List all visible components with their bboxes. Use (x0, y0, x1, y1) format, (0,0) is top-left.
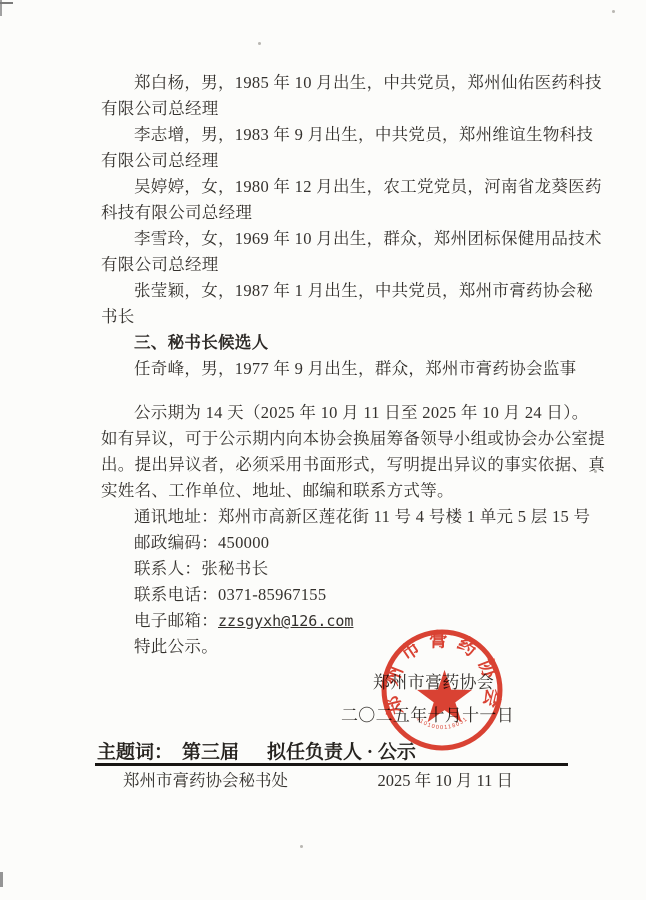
notice-line: 出。提出异议者，必须采用书面形式，写明提出异议的事实依据、真 (101, 452, 569, 478)
section-item: 任奇峰，男，1977 年 9 月出生，群众，郑州市膏药协会监事 (101, 356, 569, 382)
subject-keywords-row: 主题词：第三届拟任负责人 · 公示 (97, 737, 416, 764)
spacer (101, 382, 569, 400)
seal-registration-code: 4101000118031 (415, 716, 470, 731)
candidate-line: 有限公司总经理 (101, 252, 569, 278)
document-body: 郑白杨，男，1985 年 10 月出生，中共党员，郑州仙佑医药科技 有限公司总经… (101, 70, 569, 660)
notice-line: 公示期为 14 天（2025 年 10 月 11 日至 2025 年 10 月 … (101, 400, 569, 426)
scan-artifact (0, 0, 2, 16)
section-heading: 三、秘书长候选人 (101, 330, 569, 356)
contact-phone: 联系电话：0371-85967155 (101, 582, 569, 608)
notice-line: 实姓名、工作单位、地址、邮编和联系方式等。 (101, 478, 569, 504)
candidate-line: 张莹颖，女，1987 年 1 月出生，中共党员，郑州市膏药协会秘 (101, 278, 569, 304)
issue-date: 2025 年 10 月 11 日 (377, 769, 513, 793)
candidate-line: 书长 (101, 304, 569, 330)
footer-divider (95, 763, 568, 766)
scan-artifact (300, 845, 303, 848)
contact-postcode: 邮政编码：450000 (101, 530, 569, 556)
contact-address: 通讯地址：郑州市高新区莲花街 11 号 4 号楼 1 单元 5 层 15 号 (101, 504, 569, 530)
candidate-line: 有限公司总经理 (101, 148, 569, 174)
candidate-line: 有限公司总经理 (101, 96, 569, 122)
scan-artifact (0, 872, 3, 887)
candidate-line: 李雪玲，女，1969 年 10 月出生，群众，郑州团标保健用品技术 (101, 226, 569, 252)
issuer-name: 郑州市膏药协会秘书处 (123, 769, 288, 793)
official-seal: 郑州市膏药协会 4101000118031 (379, 627, 505, 753)
email-address: zzsgyxh@126.com (218, 612, 353, 630)
scan-artifact (258, 42, 261, 45)
seal-star-icon (417, 670, 472, 722)
keyword-session: 第三届 (182, 742, 239, 763)
email-label: 电子邮箱： (134, 611, 218, 630)
notice-line: 如有异议，可于公示期内向本协会换届筹备领导小组或协会办公室提 (101, 426, 569, 452)
keywords-label: 主题词： (97, 742, 173, 763)
footer-issuer-row: 郑州市膏药协会秘书处 2025 年 10 月 11 日 (95, 769, 568, 793)
scan-artifact (612, 10, 615, 13)
candidate-line: 李志增，男，1983 年 9 月出生，中共党员，郑州维谊生物科技 (101, 122, 569, 148)
candidate-line: 科技有限公司总经理 (101, 200, 569, 226)
keyword-subject: 拟任负责人 · 公示 (267, 742, 416, 763)
candidate-line: 吴婷婷，女，1980 年 12 月出生，农工党党员，河南省龙葵医药 (101, 174, 569, 200)
candidate-line: 郑白杨，男，1985 年 10 月出生，中共党员，郑州仙佑医药科技 (101, 70, 569, 96)
scanned-notice-page: 郑白杨，男，1985 年 10 月出生，中共党员，郑州仙佑医药科技 有限公司总经… (0, 0, 646, 900)
contact-person: 联系人：张秘书长 (101, 556, 569, 582)
